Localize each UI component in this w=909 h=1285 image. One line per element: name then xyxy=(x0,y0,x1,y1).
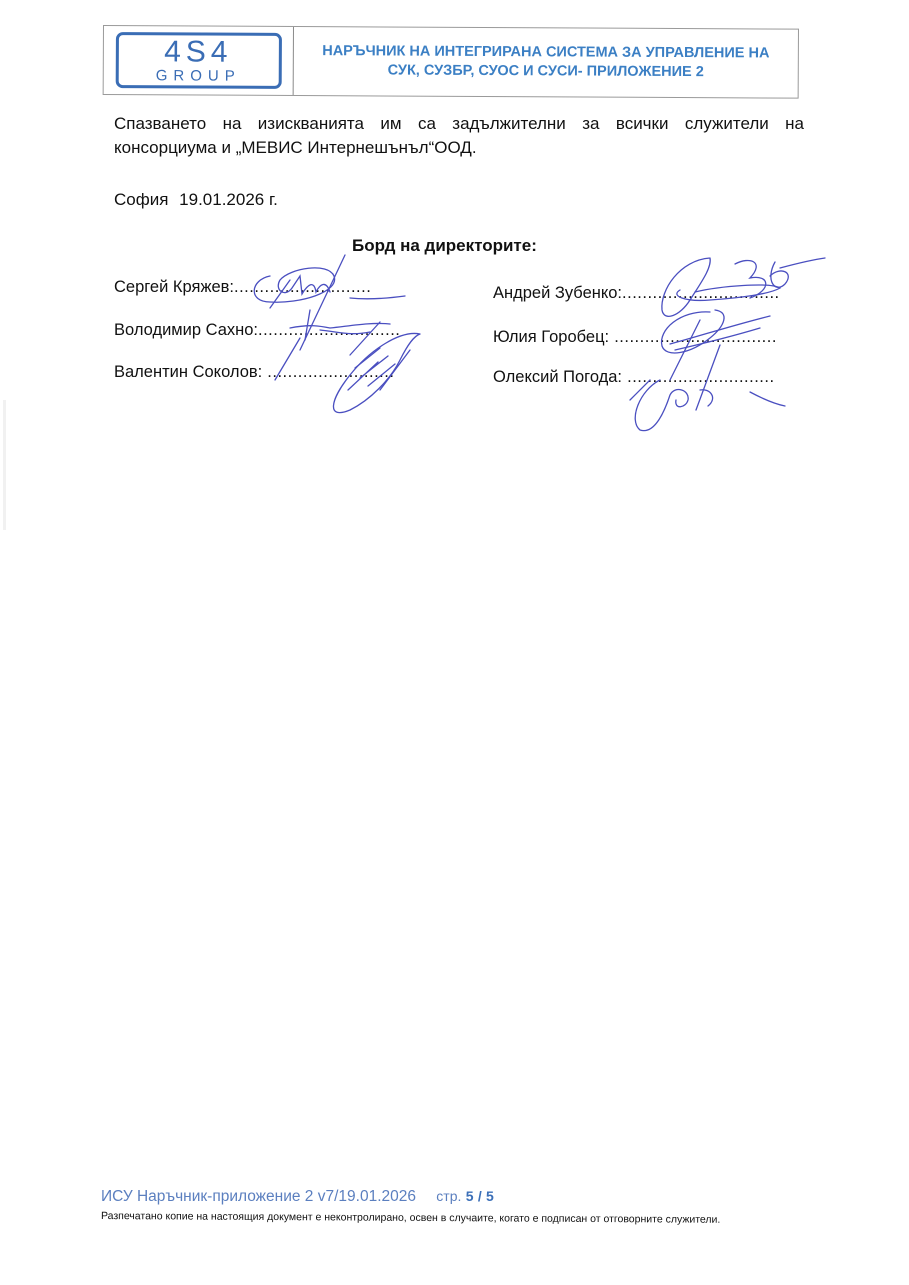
signature-line-left-1: Сергей Кряжев:..........................… xyxy=(114,278,371,297)
company-logo: 4S4 GROUP xyxy=(115,32,281,89)
title-line-2: СУК, СУЗБР, СУОС И СУСИ- ПРИЛОЖЕНИЕ 2 xyxy=(388,61,704,82)
signature-line-right-2: Юлия Горобец: ..........................… xyxy=(493,328,777,347)
doc-ref: ИСУ Наръчник-приложение 2 v7/19.01.2026 xyxy=(101,1188,416,1205)
signature-dots: ............................. xyxy=(622,368,775,386)
date: 19.01.2026 г. xyxy=(179,190,278,209)
signature-dots: ......................... xyxy=(262,363,394,381)
logo-cell: 4S4 GROUP xyxy=(104,26,294,95)
signature-line-right-1: Андрей Зубенко:.........................… xyxy=(493,284,780,303)
signatory-name: Олексий Погода: xyxy=(493,368,622,386)
signatory-name: Андрей Зубенко: xyxy=(493,284,622,302)
signatory-name: Сергей Кряжев: xyxy=(114,278,234,296)
board-heading: Борд на директорите: xyxy=(352,236,537,256)
logo-main-text: 4S4 xyxy=(164,37,233,67)
signature-dots: ............................ xyxy=(258,321,400,339)
page-total: 5 xyxy=(486,1188,494,1204)
signature-line-left-2: Володимир Сахно:........................… xyxy=(114,321,400,340)
page-label: стр. xyxy=(436,1188,461,1204)
document-title: НАРЪЧНИК НА ИНТЕГРИРАНА СИСТЕМА ЗА УПРАВ… xyxy=(294,27,798,98)
signatory-name: Юлия Горобец: xyxy=(493,328,609,346)
page-separator: / xyxy=(478,1188,482,1204)
signature-dots: ........................... xyxy=(234,278,371,296)
signature-line-right-3: Олексий Погода: ........................… xyxy=(493,368,775,387)
signatory-name: Валентин Соколов: xyxy=(114,363,262,381)
page-current: 5 xyxy=(466,1188,474,1204)
logo-sub-text: GROUP xyxy=(156,68,241,83)
signature-dots: ................................ xyxy=(609,328,777,346)
signature-dots: ............................... xyxy=(622,284,780,302)
document-header: 4S4 GROUP НАРЪЧНИК НА ИНТЕГРИРАНА СИСТЕМ… xyxy=(103,25,799,99)
signatory-name: Володимир Сахно: xyxy=(114,321,258,339)
title-line-1: НАРЪЧНИК НА ИНТЕГРИРАНА СИСТЕМА ЗА УПРАВ… xyxy=(322,42,769,63)
city: София xyxy=(114,190,168,209)
place-and-date: София 19.01.2026 г. xyxy=(114,190,278,210)
footer-disclaimer: Разпечатано копие на настоящия документ … xyxy=(101,1210,720,1226)
signature-line-left-3: Валентин Соколов: ......................… xyxy=(114,363,394,382)
scan-edge-shadow xyxy=(3,400,6,530)
footer-document-reference: ИСУ Наръчник-приложение 2 v7/19.01.2026 … xyxy=(101,1188,494,1206)
compliance-paragraph: Спазването на изискванията им са задължи… xyxy=(114,112,804,160)
